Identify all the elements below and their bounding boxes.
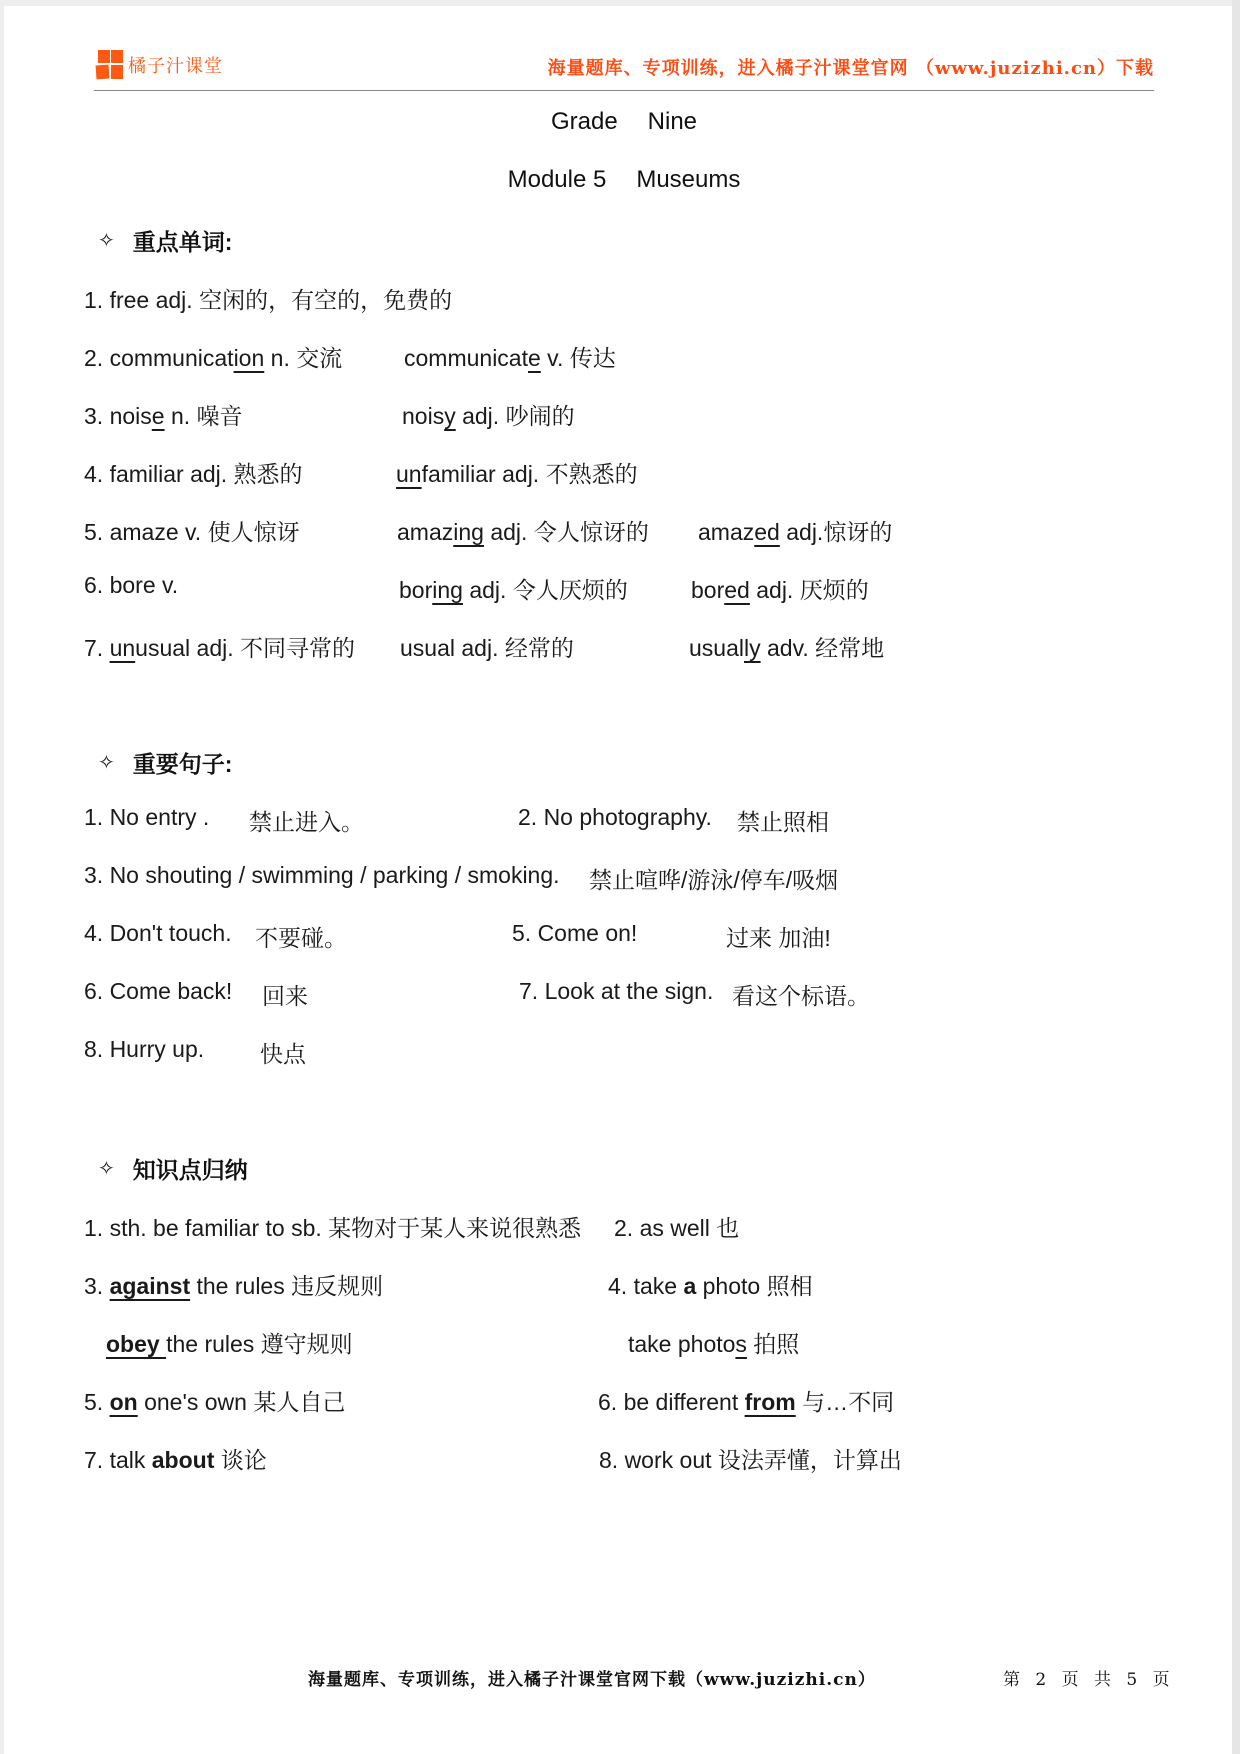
diamond-bullet-icon: ✧ [98, 228, 115, 253]
word-item-4a: 4. familiar adj. 熟悉的 [84, 456, 303, 489]
word-item-3a: 3. noise n. 噪音 [84, 398, 243, 431]
page-header: 橘子汁课堂 海量题库、专项训练，进入橘子汁课堂官网 （www.juzizhi.c… [94, 46, 1154, 91]
word-item-1: 1. free adj. 空闲的，有空的，免费的 [84, 282, 452, 315]
word-item-7c: usually adv. 经常地 [689, 630, 884, 663]
knowledge-item-4b: take photos 拍照 [628, 1326, 799, 1359]
sentence-7-zh: 看这个标语。 [732, 978, 870, 1011]
vertical-scrollbar[interactable] [1232, 0, 1240, 1754]
word-item-2a: 2. communication n. 交流 [84, 340, 342, 373]
knowledge-item-7: 7. talk about 谈论 [84, 1442, 267, 1475]
sentence-1-en: 1. No entry . [84, 804, 209, 831]
word-item-5b: amazing adj. 令人惊讶的 [397, 514, 649, 547]
word-item-3b: noisy adj. 吵闹的 [402, 398, 575, 431]
knowledge-item-2: 2. as well 也 [614, 1210, 739, 1243]
page-number: 第 2 页 共 5 页 [1003, 1665, 1175, 1690]
diamond-bullet-icon: ✧ [98, 750, 115, 775]
logo-text: 橘子汁课堂 [128, 52, 223, 78]
word-item-2b: communicate v. 传达 [404, 340, 616, 373]
document-page: 橘子汁课堂 海量题库、专项训练，进入橘子汁课堂官网 （www.juzizhi.c… [4, 6, 1234, 1754]
sentence-2-zh: 禁止照相 [737, 804, 829, 837]
section-heading-sentences: ✧ 重要句子: [98, 746, 232, 779]
word-item-5a: 5. amaze v. 使人惊讶 [84, 514, 300, 547]
knowledge-item-3b: obey the rules 遵守规则 [106, 1326, 353, 1359]
knowledge-item-4: 4. take a photo 照相 [608, 1268, 813, 1301]
footer-link[interactable]: 海量题库、专项训练，进入橘子汁课堂官网下载（www.juzizhi.cn） [308, 1665, 876, 1690]
sentence-2-en: 2. No photography. [518, 804, 712, 831]
sentence-6-en: 6. Come back! [84, 978, 232, 1005]
module-title: Module 5Museums [4, 166, 1240, 194]
section-heading-words: ✧ 重点单词: [98, 224, 232, 257]
word-item-7a: 7. unusual adj. 不同寻常的 [84, 630, 355, 663]
grade-title: GradeNine [4, 108, 1240, 136]
sentence-7-en: 7. Look at the sign. [519, 978, 713, 1005]
section-heading-text: 知识点归纳 [133, 1152, 248, 1185]
brand-logo[interactable]: 橘子汁课堂 [96, 50, 223, 80]
section-heading-text: 重点单词: [133, 224, 233, 257]
module-topic: Museums [636, 166, 740, 193]
word-item-5c: amazed adj.惊讶的 [698, 514, 892, 547]
sentence-4-en: 4. Don't touch. [84, 920, 232, 947]
knowledge-item-5: 5. on one's own 某人自己 [84, 1384, 345, 1417]
sentence-3-zh: 禁止喧哗/游泳/停车/吸烟 [589, 862, 838, 895]
knowledge-item-1: 1. sth. be familiar to sb. 某物对于某人来说很熟悉 [84, 1210, 581, 1243]
sentence-6-zh: 回来 [262, 978, 308, 1011]
header-slogan-link[interactable]: 海量题库、专项训练，进入橘子汁课堂官网 （www.juzizhi.cn）下载 [548, 54, 1154, 80]
word-item-4b: unfamiliar adj. 不熟悉的 [396, 456, 638, 489]
grade-value: Nine [648, 108, 697, 135]
diamond-bullet-icon: ✧ [98, 1156, 115, 1181]
sentence-3-en: 3. No shouting / swimming / parking / sm… [84, 862, 560, 889]
knowledge-item-3: 3. against the rules 违反规则 [84, 1268, 383, 1301]
word-item-6b: boring adj. 令人厌烦的 [399, 572, 628, 605]
grade-label: Grade [551, 108, 618, 135]
word-item-6c: bored adj. 厌烦的 [691, 572, 869, 605]
section-heading-knowledge: ✧ 知识点归纳 [98, 1152, 248, 1185]
word-item-6a: 6. bore v. [84, 572, 178, 599]
sentence-8-zh: 快点 [260, 1036, 306, 1069]
sentence-5-zh: 过来 加油! [726, 920, 831, 953]
sentence-4-zh: 不要碰。 [255, 920, 347, 953]
word-item-7b: usual adj. 经常的 [400, 630, 574, 663]
knowledge-item-6: 6. be different from 与…不同 [598, 1384, 894, 1417]
sentence-8-en: 8. Hurry up. [84, 1036, 204, 1063]
sentence-1-zh: 禁止进入。 [249, 804, 364, 837]
module-label: Module 5 [508, 166, 607, 193]
section-heading-text: 重要句子: [133, 746, 233, 779]
knowledge-item-8: 8. work out 设法弄懂，计算出 [599, 1442, 902, 1475]
sentence-5-en: 5. Come on! [512, 920, 637, 947]
logo-squares-icon [96, 50, 124, 80]
